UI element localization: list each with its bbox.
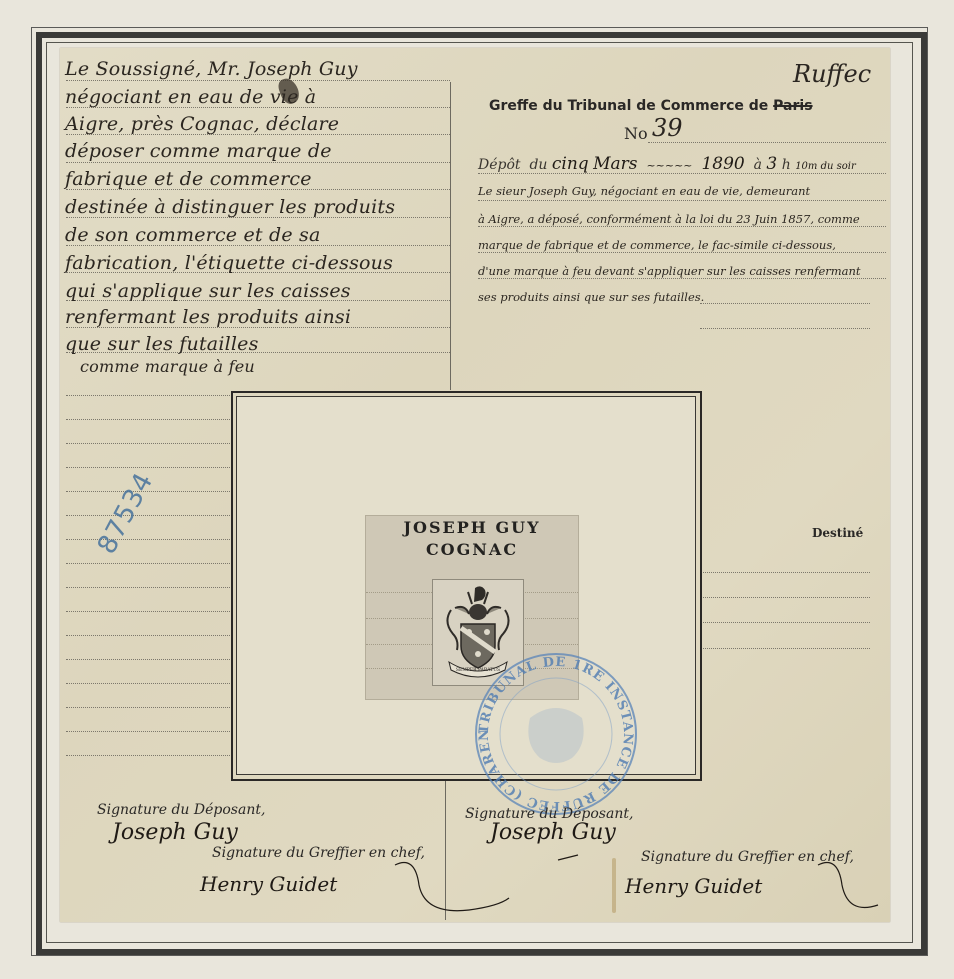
signature-flourishes [0, 0, 954, 979]
paper-stain [612, 858, 616, 913]
